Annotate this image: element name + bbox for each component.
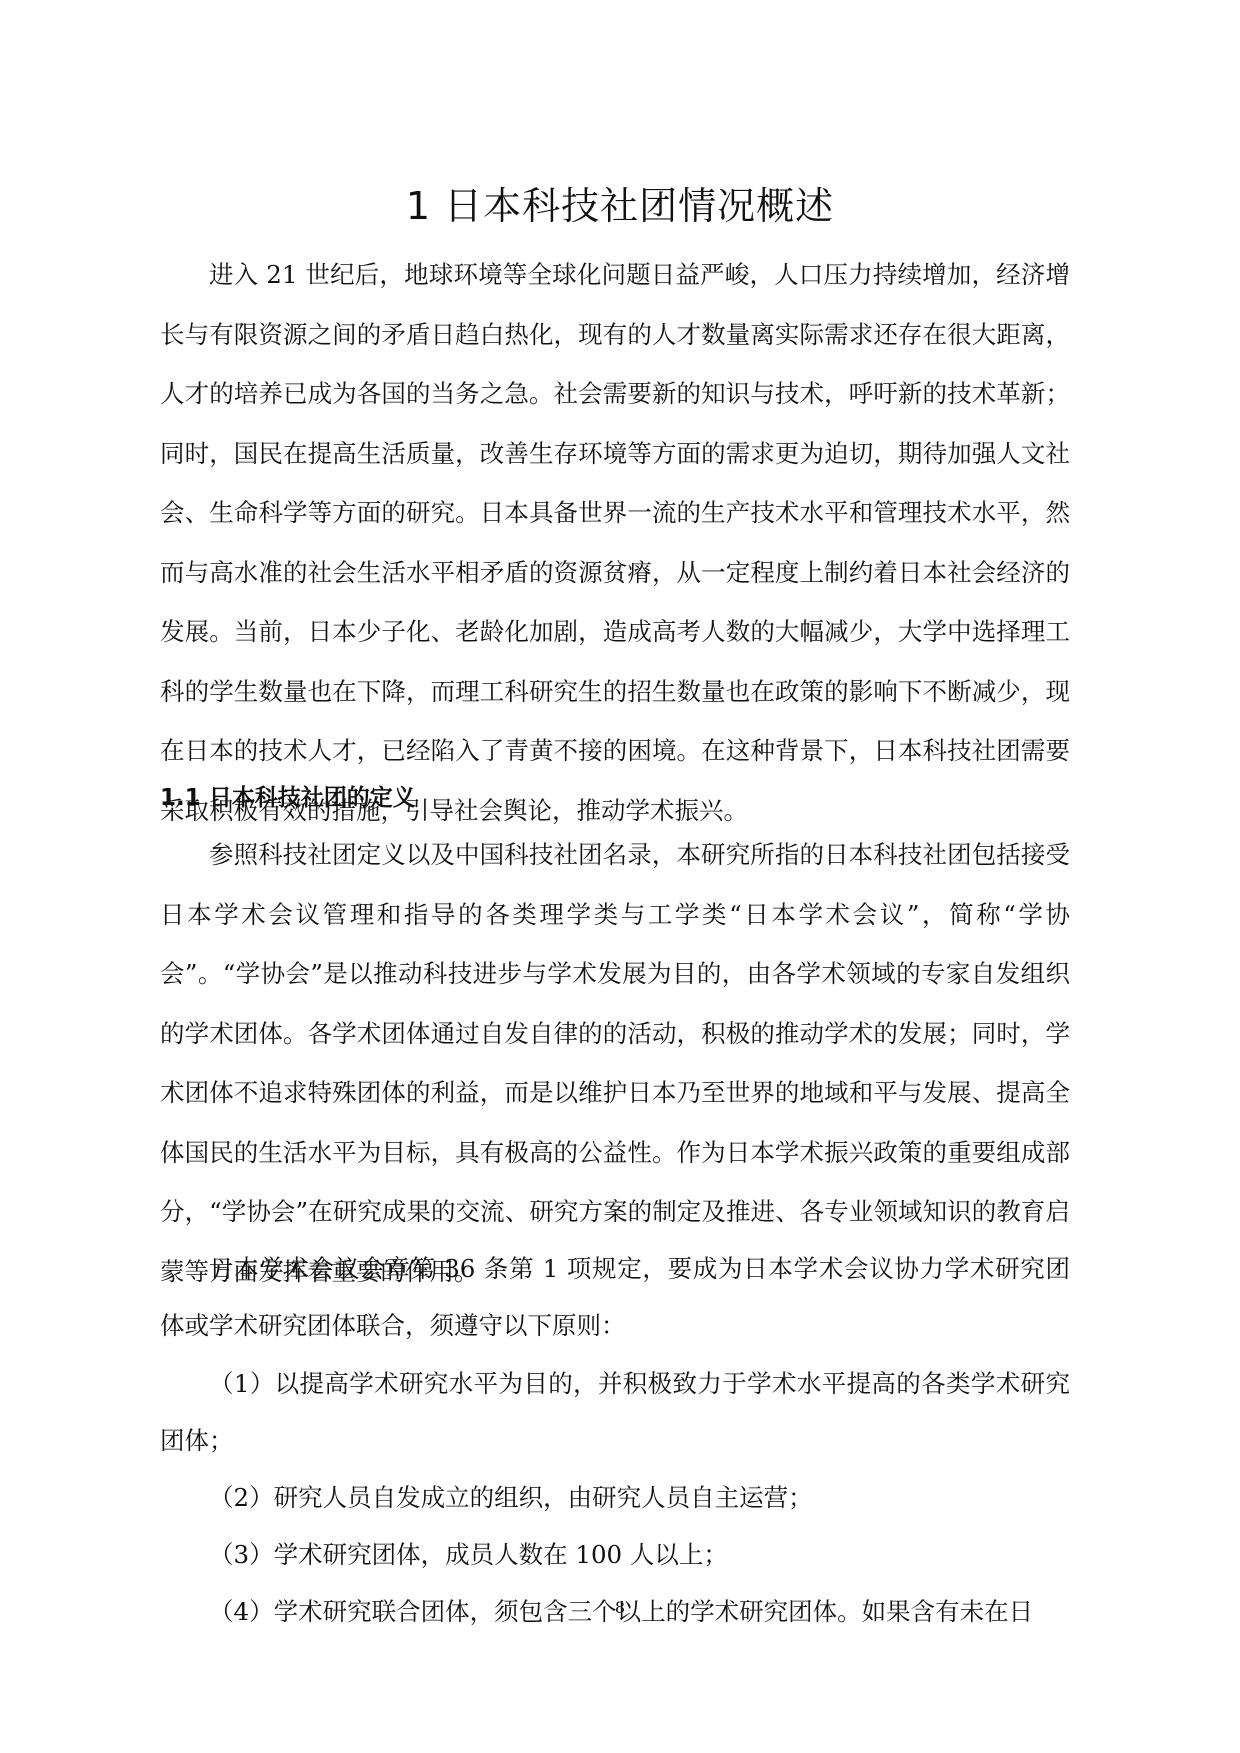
regulation-paragraph: 日本学术会议会章第 36 条第 1 项规定，要成为日本学术会议协力学术研究团体或…: [160, 1240, 1070, 1354]
page-number: 8: [0, 1598, 1240, 1617]
section-heading: 1.1 日本科技社团的定义: [160, 779, 416, 812]
document-page: 1 日本科技社团情况概述 进入 21 世纪后，地球环境等全球化问题日益严峻，人口…: [0, 0, 1240, 1753]
intro-paragraph: 进入 21 世纪后，地球环境等全球化问题日益严峻，人口压力持续增加，经济增长与有…: [160, 245, 1070, 840]
chapter-title: 1 日本科技社团情况概述: [0, 175, 1240, 230]
principle-item: （3）学术研究团体，成员人数在 100 人以上；: [160, 1526, 1070, 1583]
principle-item: （1）以提高学术研究水平为目的，并积极致力于学术水平提高的各类学术研究团体；: [160, 1355, 1070, 1469]
principle-item: （2）研究人员自发成立的组织，由研究人员自主运营；: [160, 1469, 1070, 1526]
definition-paragraph: 参照科技社团定义以及中国科技社团名录，本研究所指的日本科技社团包括接受日本学术会…: [160, 825, 1070, 1301]
